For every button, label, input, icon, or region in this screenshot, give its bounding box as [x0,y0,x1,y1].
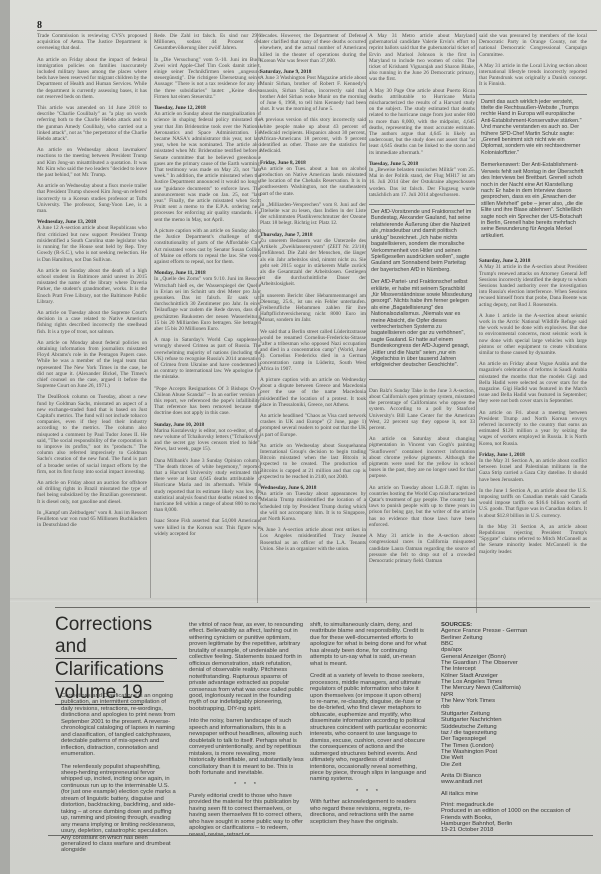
feature-top-rule [55,607,590,608]
column-2: Rede. Die Zahl ist falsch. Es sind nur 2… [154,33,261,542]
correction-item: Trade Commission is reviewing CVS's prop… [37,33,147,52]
correction-item: Marina Kostalevsky is editor, not co-edi… [154,428,261,453]
section-separator: * * * [310,789,427,795]
correction-item: An article on Tuesday about the Supreme … [37,310,147,335]
feature-headline: Corrections and Clarifications volume 19 [55,614,177,705]
correction-item: In unserem Bericht über Hebammenmangel a… [260,293,366,324]
correction-item: A June 12 A-section article about Republ… [37,225,147,262]
correction-item: An article on Wednesday about lawmakers'… [37,147,147,178]
correction-item: A May 30 Page One article about Puerto R… [369,88,475,156]
column-4: A May 31 Metro article about Maryland gu… [369,33,475,569]
correction-item: Isaac Stone Fish asserted that 54,000 Am… [154,518,261,537]
feature-paragraph: Credit at a variety of levels to those s… [310,673,427,783]
correction-item: A map in Saturday's World Cup supplement… [154,337,261,380]
correction-item: Dan Balz's Sunday Take in the June 3 A-s… [369,388,475,431]
correction-item: An article on Sunday about the marginali… [154,111,261,223]
feature-paragraph: Into the noisy, barren landscape of such… [189,718,304,776]
correction-item: A picture caption with an article on Sun… [154,228,261,265]
correction-item: An article on Friday about the impact of… [37,57,147,100]
boxed-quote-paragraph: Bemerkenswert: Der Anti-Establishment-Ve… [481,162,585,239]
correction-item: A previous version of this story incorre… [260,117,366,154]
sources-items: Agence France Presse - GermanBerliner Ze… [441,628,591,768]
column-1: Trade Commission is reviewing CVS's prop… [37,33,147,533]
correction-item: In „Kampf um Zeitbudgets" vom 8. Juni im… [37,510,147,529]
boxed-quote: Damit das auch wirklich jeder versteht, … [479,94,587,251]
correction-item: said she was pressured by members of the… [479,33,587,58]
correction-item: An article on Tuesday about L.G.B.T. rig… [369,485,475,528]
feature-paragraph: With further acknowledgement to readers … [310,799,427,825]
section-separator: * * * [189,782,304,788]
column-divider [150,33,151,598]
boxed-quote-paragraph: Der AfD-Partei- und Fraktionschef selbst… [371,279,473,369]
correction-item: We said that a Berlin street called Lüde… [260,329,366,372]
correction-item: An article on Tuesday about appearances … [260,491,366,522]
intro-paragraph: Corrections and Clarifications is an ong… [61,693,176,758]
edition-note: Produced in an edition of 1000 on the oc… [441,808,591,821]
correction-item: An article headlined "Chaos as Visa card… [260,413,366,438]
event-dates: 19-21 October 2018 [441,827,591,833]
correction-item: A May 31 article in the Local Living sec… [479,63,587,88]
page-fold [10,598,601,602]
correction-item: In the May 31 Section A, an article abou… [479,524,587,555]
correction-item: A May 31 article in the A-section about … [369,533,475,564]
boxed-quote-paragraph: Damit das auch wirklich jeder versteht, … [481,99,585,157]
correction-item: An article on Saturday about changing pi… [369,436,475,479]
correction-item: A June 1 article in the A-section about … [479,313,587,356]
correction-item: An article on Monday about federal polic… [37,340,147,390]
correction-item: In the June 1 Section A, an article abou… [479,488,587,519]
correction-item: In „Die Versuchung" vom 9.-10. Juni im B… [154,57,261,100]
header-rule [37,30,597,31]
correction-item: The DealBook column on Tuesday, about a … [37,394,147,475]
column-divider [257,33,258,603]
intro-paragraph: The relentlessly populist shapeshifting,… [61,764,176,854]
correction-item: In „Quelle des Zorns" vom 9./10. Juni im… [154,276,261,332]
feature-bottom-rule [48,835,593,836]
sources-list: SOURCES: Agence France Presse - GermanBe… [441,622,591,834]
correction-item: Dana Milbank's June 3 Sunday Opinion col… [154,458,261,514]
correction-item: An article on Wednesday about a fiscs mo… [37,183,147,214]
correction-item: In the May 31 Section A, an article abou… [479,458,587,483]
correction-item: Rede. Die Zahl ist falsch. Es sind nur 2… [154,33,261,52]
column-divider [476,33,477,613]
boxed-quote-paragraph: Der AfD-Vorsitzende und Fraktionschef im… [371,209,473,273]
correction-item: An article on Friday about an auction fo… [37,480,147,505]
feature-paragraph: the vitriol of race fear, as ever, to re… [189,622,304,712]
correction-item: In „Milliarden-Versprechen" vom 8. Juni … [260,202,366,227]
correction-item: A May 31 Metro article about Maryland gu… [369,33,475,83]
correction-item: "Pope Accepts Resignations Of 3 Bishops … [154,386,261,417]
feature-paragraph: shift, to simultaneously claim, deny, an… [310,622,427,667]
correction-item: An article on Sunday about the death of … [37,268,147,305]
correction-item: An article on Tues. about a ban on alcoh… [260,166,366,197]
column-3: decades. However, the Department of Defe… [260,33,366,557]
column-divider [366,33,367,603]
correction-item: A May 31 article in the A-section about … [479,264,587,307]
correction-item: An article on Wednesday about Susquehann… [260,443,366,480]
feature-right-column: shift, to simultaneously claim, deny, an… [310,622,427,831]
boxed-quote: Der AfD-Vorsitzende und Fraktionschef im… [369,204,475,380]
correction-item: An article on Fri. about a meeting betwe… [479,410,587,447]
correction-item: A June 3 A-section article about rent st… [260,527,366,552]
column-5: said she was pressured by members of the… [479,33,587,560]
correction-item: A picture caption with an article on Wed… [260,377,366,408]
headline-line-1: Corrections and [55,614,177,659]
correction-item: Zu unserem Bedauern war die Unterzeile d… [260,238,366,288]
correction-item: A June 3 Washington Post Magazine articl… [260,75,366,112]
correction-item: In „Beweise belasten russisches Militär"… [369,167,475,198]
correction-item: An article on Friday about Vogue Arabia … [479,361,587,404]
correction-item: This article was amended on 14 June 2018… [37,105,147,142]
headline-line-2: Clarifications [55,659,164,682]
correction-item: decades. However, the Department of Defe… [260,33,366,64]
feature-middle-column: the vitriol of race fear, as ever, to re… [189,622,304,844]
feature-paragraph: Purely editorial credit to those who hav… [189,793,304,838]
